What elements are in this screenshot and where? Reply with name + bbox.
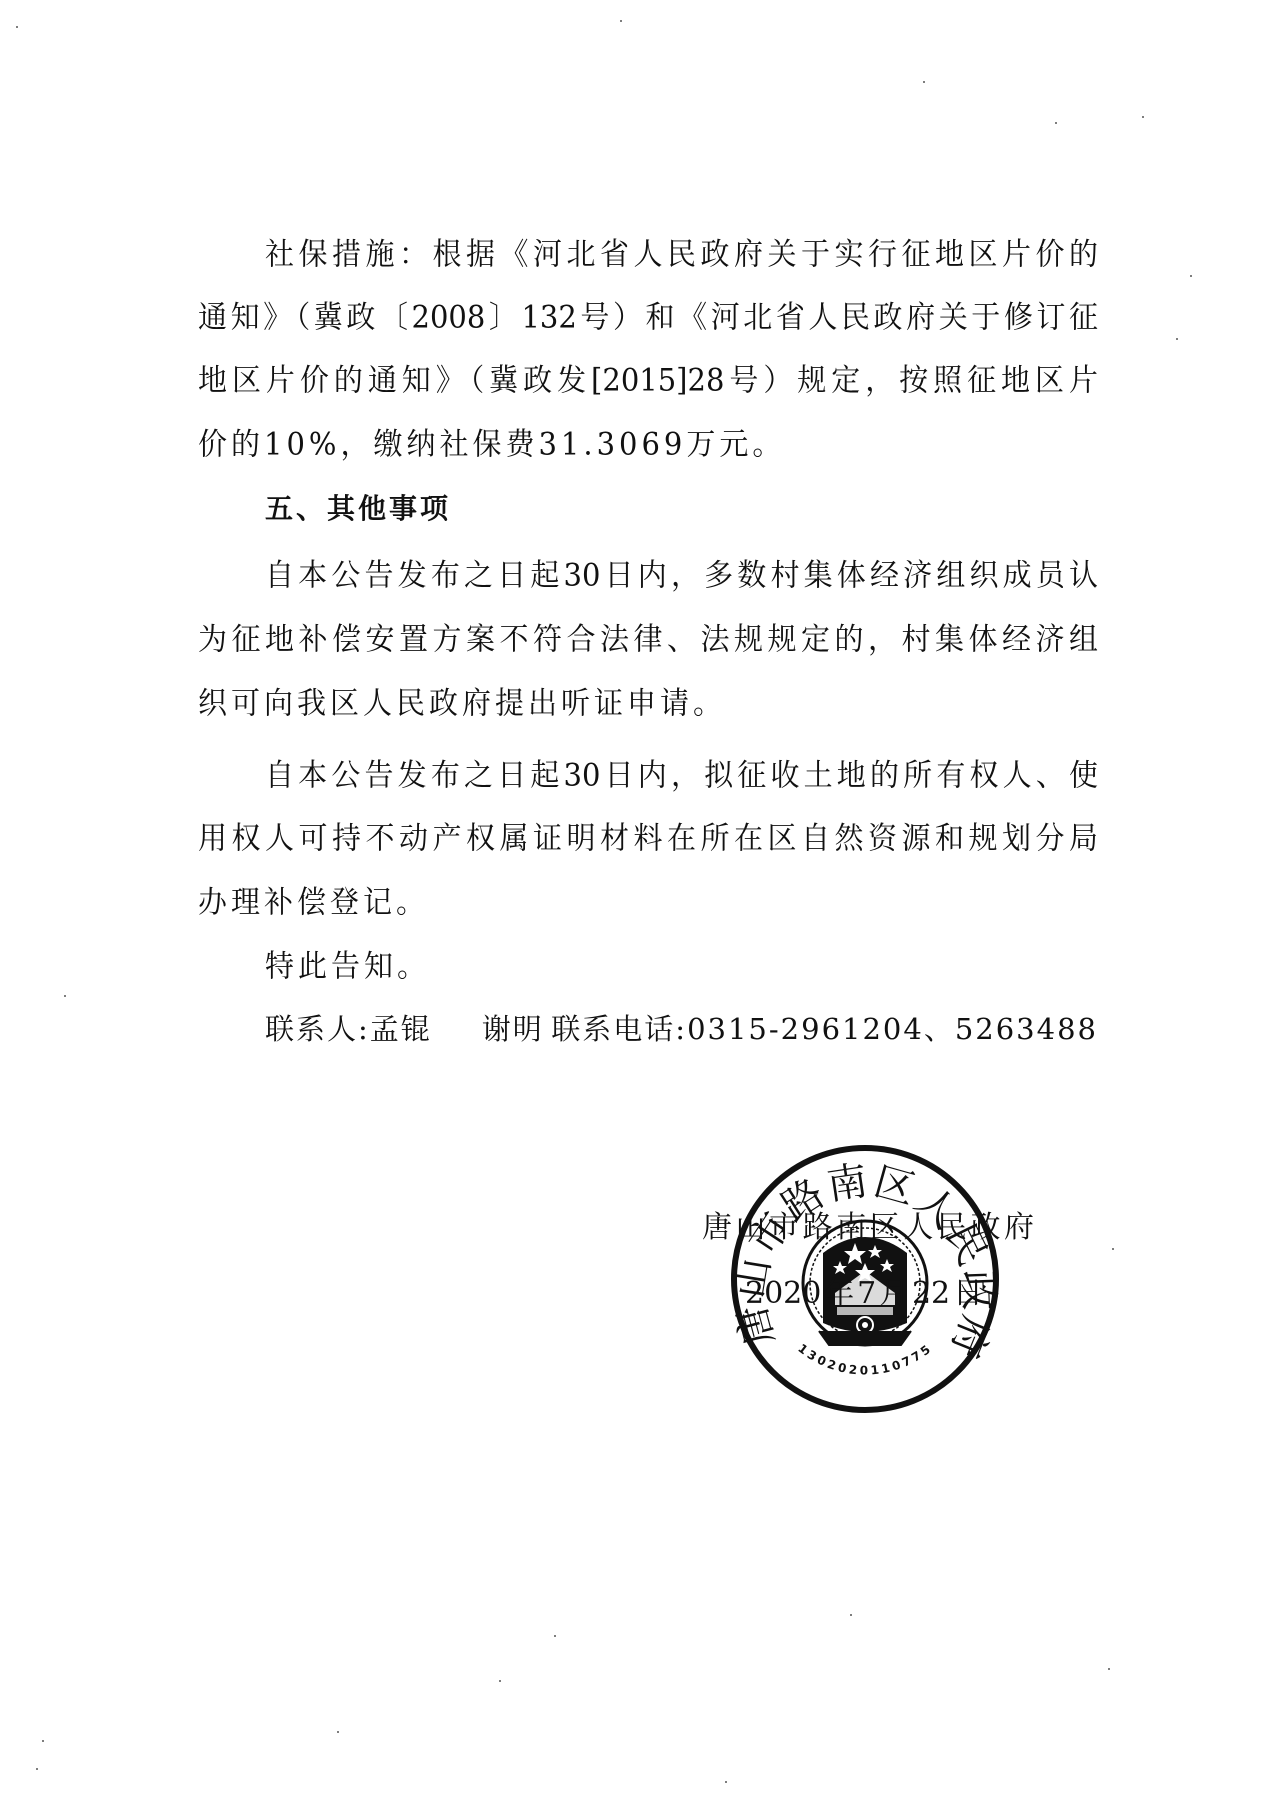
scan-speck <box>64 995 66 997</box>
scan-speck <box>554 1635 556 1637</box>
scan-speck <box>1190 275 1192 277</box>
social-security-line-2: 通知》（冀政〔2008〕132号）和《河北省人民政府关于修订征 <box>198 299 1098 335</box>
closing-text: 特此告知。 <box>265 948 1098 984</box>
scan-speck <box>1176 338 1178 340</box>
contact-person-2: 谢明 <box>482 1012 544 1046</box>
paragraph-1-line-3: 织可向我区人民政府提出听证申请。 <box>198 685 1098 721</box>
scan-speck <box>725 1781 727 1783</box>
social-security-line-4: 价的10%，缴纳社保费31.3069万元。 <box>198 426 1098 462</box>
social-security-line-1: 社保措施：根据《河北省人民政府关于实行征地区片价的 <box>265 236 1098 272</box>
contact-persons: 联系人:孟锟 谢明 <box>265 1012 544 1046</box>
scan-speck <box>1108 1668 1110 1670</box>
phone-label: 联系电话: <box>551 1012 687 1046</box>
phone-number: 0315-2961204、5263488 <box>687 1012 1098 1046</box>
contact-phone: 联系电话:0315-2961204、5263488 <box>551 1012 1098 1046</box>
scan-speck <box>620 20 622 22</box>
contact-line: 联系人:孟锟 谢明 联系电话:0315-2961204、5263488 <box>265 1012 1098 1046</box>
contact-label: 联系人: <box>265 1012 370 1046</box>
scan-speck <box>1112 1248 1114 1250</box>
scan-speck <box>36 1768 38 1770</box>
contact-person-1-name: 孟锟 <box>370 1012 432 1046</box>
contact-person-1: 联系人:孟锟 <box>265 1012 432 1046</box>
issuer-name: 唐山市路南区人民政府 <box>702 1210 1034 1246</box>
scan-speck <box>1142 116 1144 118</box>
scan-speck <box>42 1740 44 1742</box>
scan-speck <box>337 1731 339 1733</box>
issue-date: 2020年7月22日 <box>745 1276 983 1312</box>
document-page: 社保措施：根据《河北省人民政府关于实行征地区片价的 通知》（冀政〔2008〕13… <box>0 0 1280 1809</box>
scan-speck <box>850 1614 852 1616</box>
paragraph-1-line-1: 自本公告发布之日起30日内，多数村集体经济组织成员认 <box>265 557 1098 593</box>
paragraph-2-line-1: 自本公告发布之日起30日内，拟征收土地的所有权人、使 <box>265 757 1098 793</box>
social-security-line-3: 地区片价的通知》（冀政发[2015]28号）规定，按照征地区片 <box>198 362 1098 398</box>
scan-speck <box>1055 122 1057 124</box>
paragraph-2-line-3: 办理补偿登记。 <box>198 884 1098 920</box>
section-heading: 五、其他事项 <box>265 492 451 526</box>
scan-speck <box>499 1680 501 1682</box>
paragraph-2-line-2: 用权人可持不动产权属证明材料在所在区自然资源和规划分局 <box>198 820 1098 856</box>
scan-speck <box>16 26 18 28</box>
paragraph-1-line-2: 为征地补偿安置方案不符合法律、法规规定的，村集体经济组 <box>198 621 1098 657</box>
scan-speck <box>923 81 925 83</box>
